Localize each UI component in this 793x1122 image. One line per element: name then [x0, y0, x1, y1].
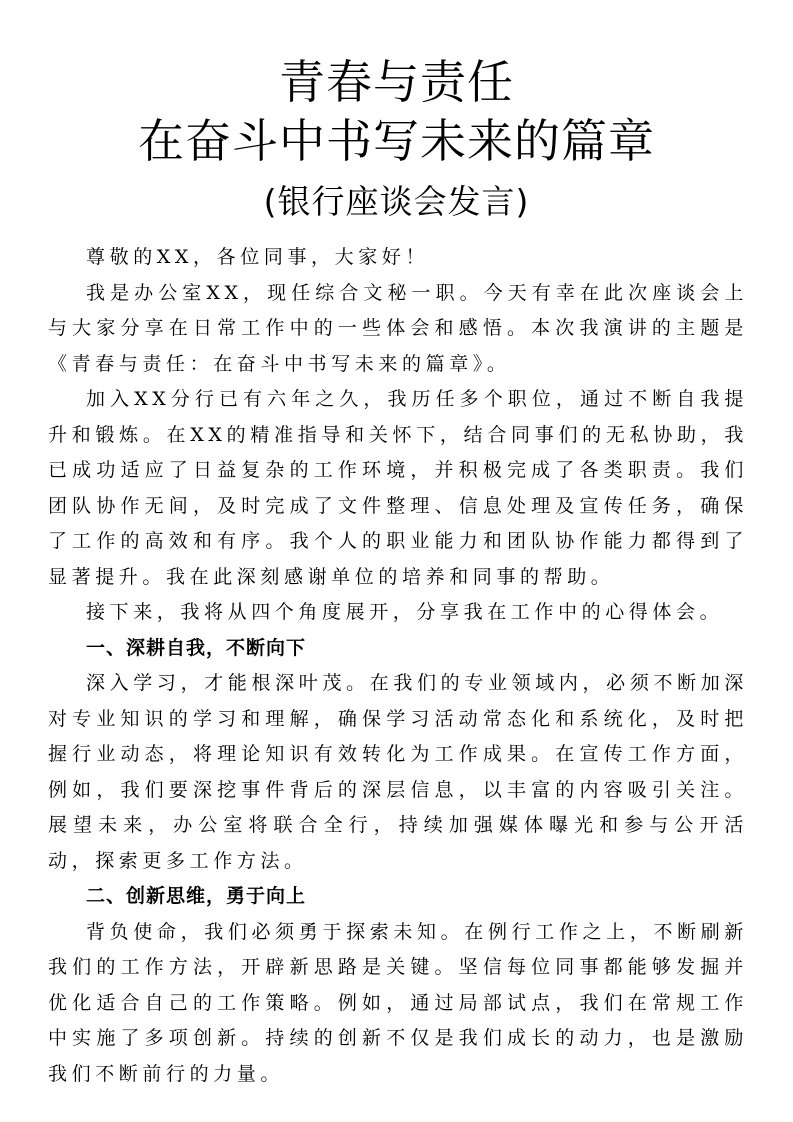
experience-paragraph: 加入XX分行已有六年之久，我历任多个职位，通过不断自我提升和锻炼。在XX的精准指…: [48, 382, 748, 595]
transition-paragraph: 接下来，我将从四个角度展开，分享我在工作中的心得体会。: [48, 595, 748, 631]
subtitle: (银行座谈会发言): [0, 180, 793, 224]
greeting-paragraph: 尊敬的XX，各位同事，大家好！: [48, 240, 748, 276]
title-line-2: 在奋斗中书写未来的篇章: [0, 113, 793, 169]
section-heading-1: 一、深耕自我，不断向下: [48, 631, 748, 667]
document-body: 尊敬的XX，各位同事，大家好！ 我是办公室XX，现任综合文秘一职。今天有幸在此次…: [48, 240, 748, 1092]
section-heading-2: 二、创新思维，勇于向上: [48, 879, 748, 915]
document-page: 青春与责任 在奋斗中书写未来的篇章 (银行座谈会发言) 尊敬的XX，各位同事，大…: [0, 0, 793, 1122]
title-line-1: 青春与责任: [0, 54, 793, 110]
section-1-paragraph: 深入学习，才能根深叶茂。在我们的专业领域内，必须不断加深对专业知识的学习和理解，…: [48, 666, 748, 879]
section-2-paragraph: 背负使命，我们必须勇于探索未知。在例行工作之上，不断刷新我们的工作方法，开辟新思…: [48, 915, 748, 1093]
intro-paragraph: 我是办公室XX，现任综合文秘一职。今天有幸在此次座谈会上与大家分享在日常工作中的…: [48, 276, 748, 383]
